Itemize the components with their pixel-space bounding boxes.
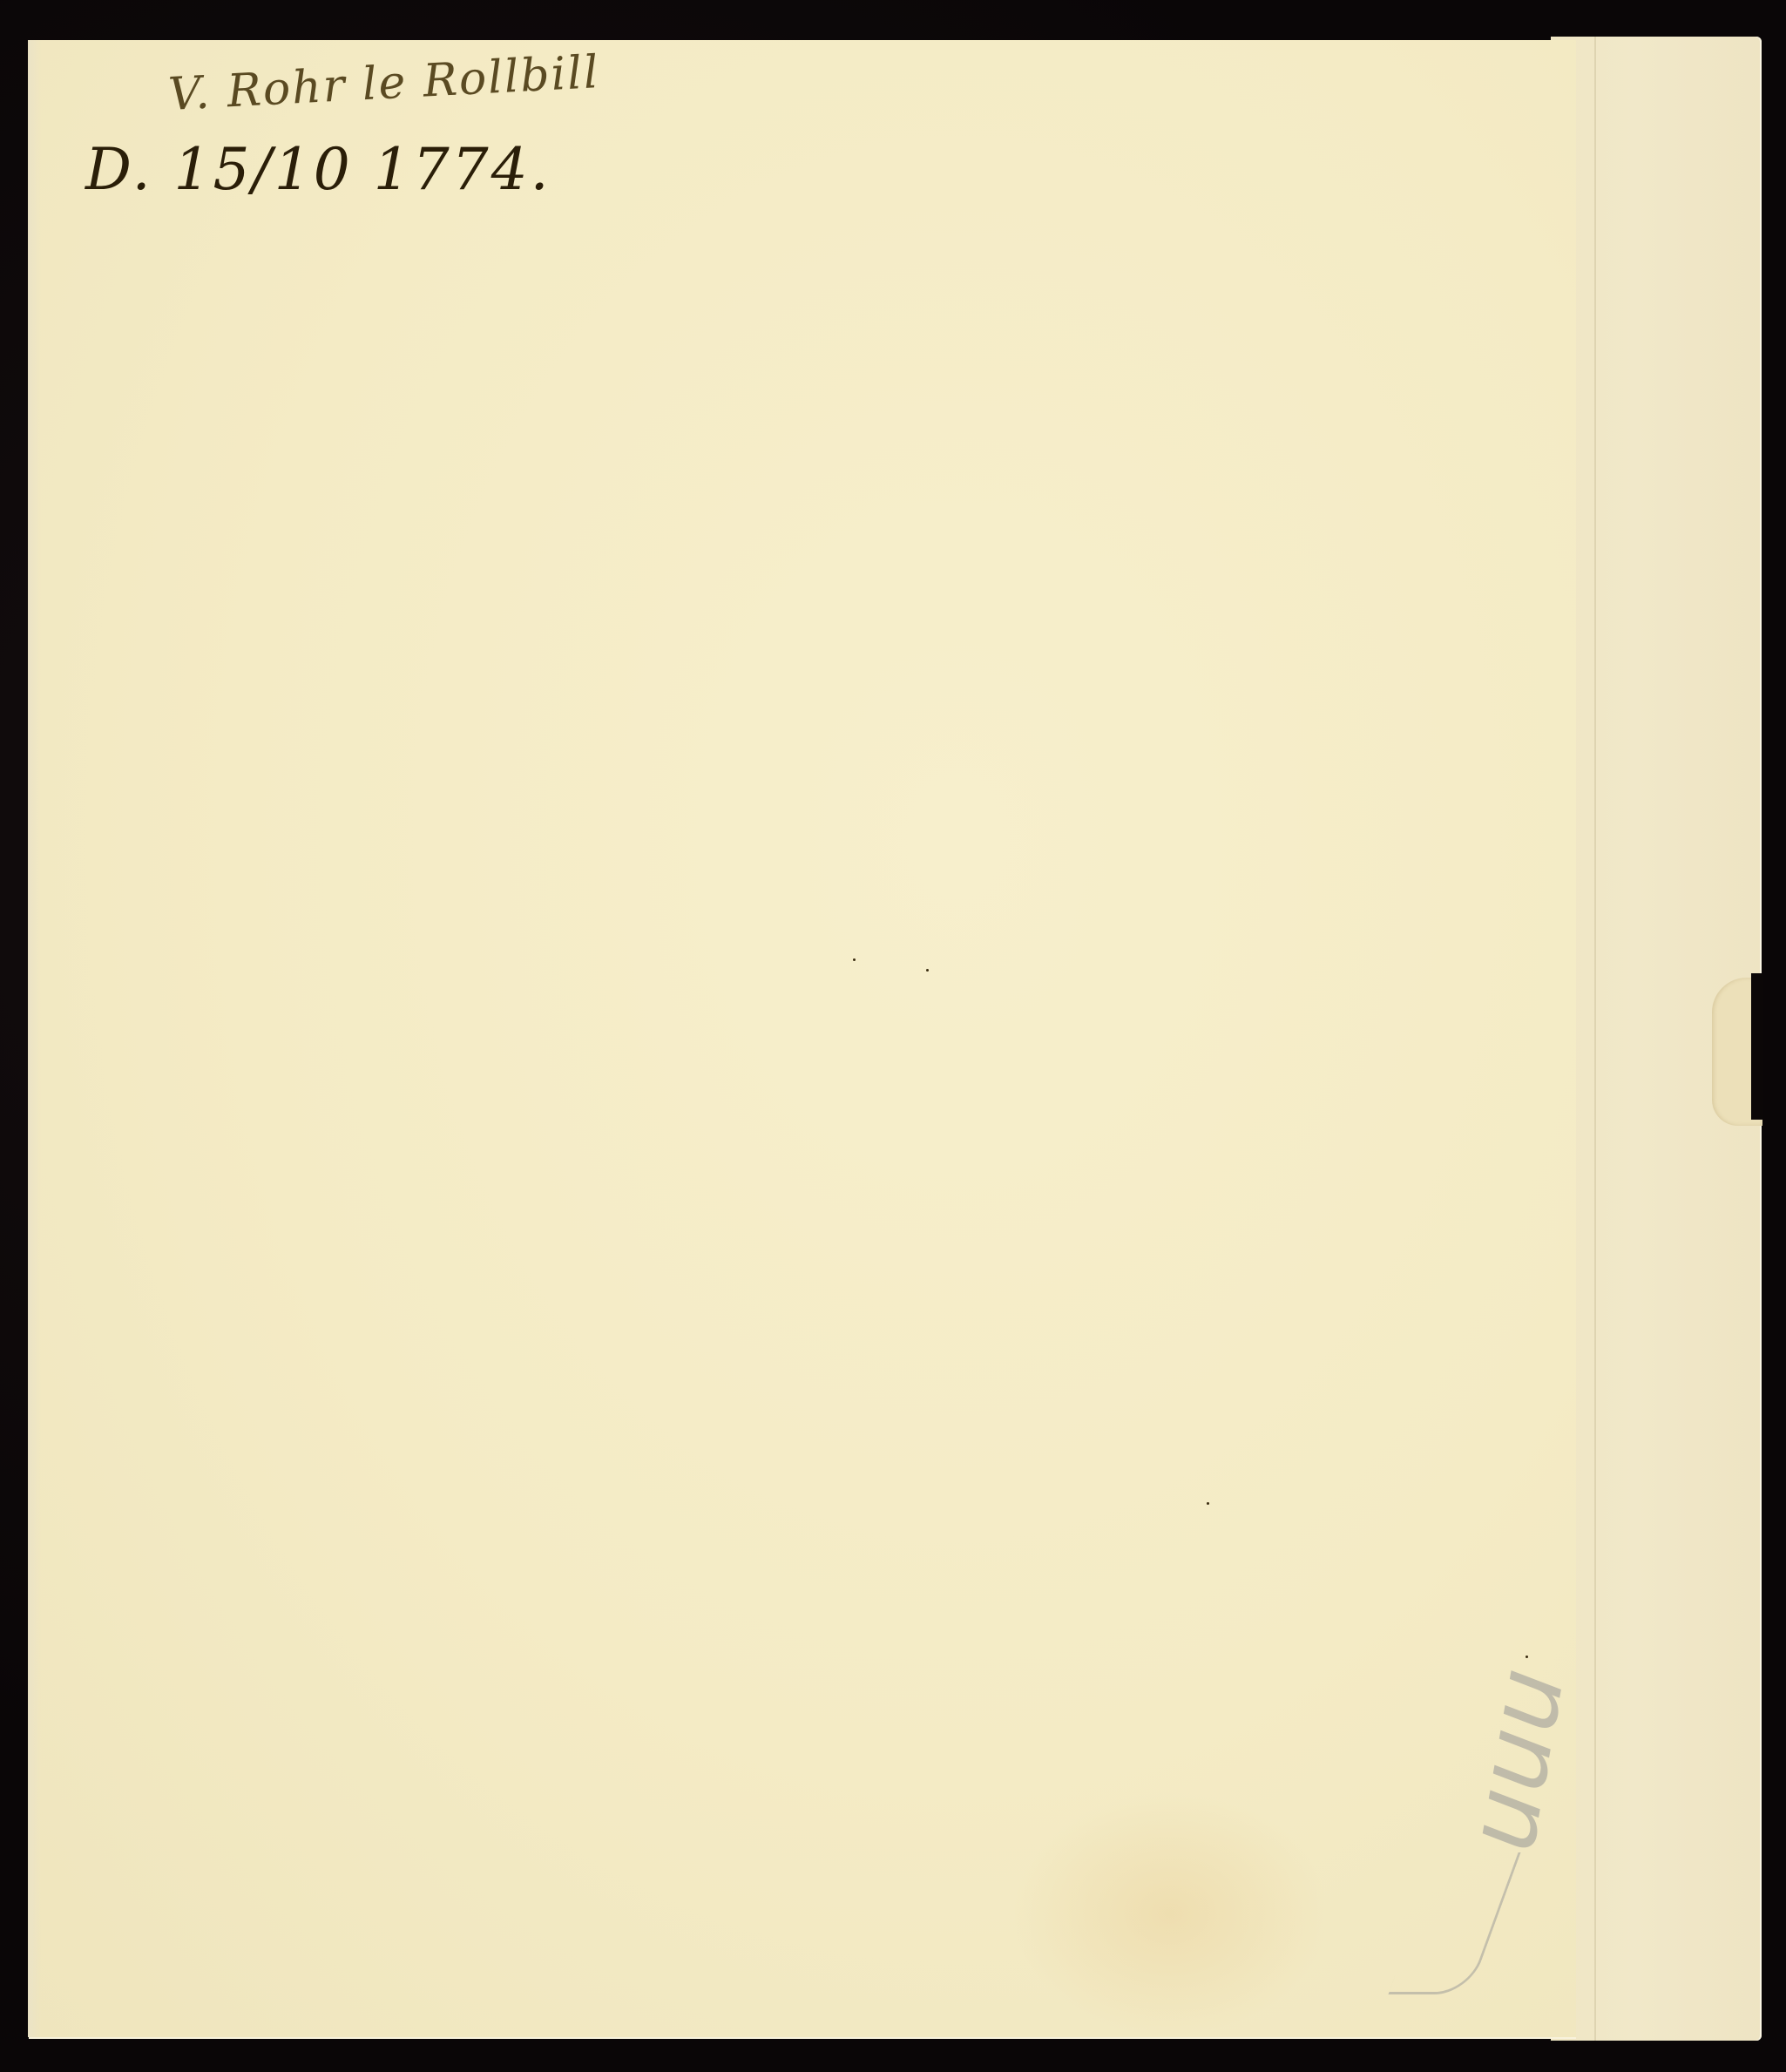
- fold-line: [1594, 37, 1596, 2041]
- ink-speck: [926, 969, 929, 972]
- main-sheet: V. Rohr le Rollbill D. 15/10 1774. uuu: [29, 40, 1576, 2037]
- ink-speck: [1207, 1502, 1209, 1505]
- ink-speck: [1526, 1656, 1528, 1658]
- handwritten-annotation-name: V. Rohr le Rollbill: [167, 46, 601, 121]
- back-sheet: [1551, 37, 1762, 2041]
- edge-notch: [1751, 973, 1763, 1120]
- pencil-mark: uuu: [1444, 1660, 1586, 1859]
- sheet-edge: [29, 40, 41, 2037]
- handwritten-annotation-date: D. 15/10 1774.: [85, 136, 551, 203]
- pencil-stroke: [1388, 1852, 1520, 1994]
- ink-speck: [853, 958, 856, 961]
